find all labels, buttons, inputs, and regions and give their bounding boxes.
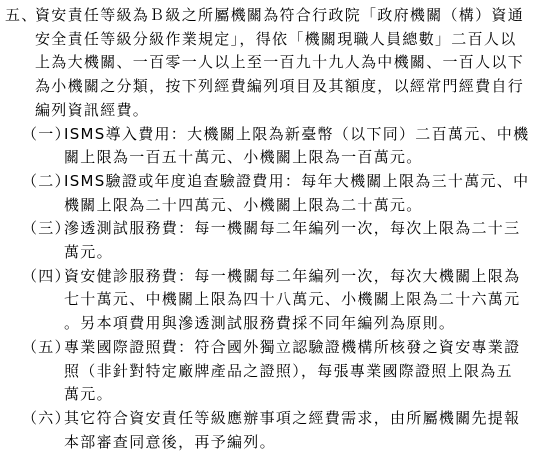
item-line: 資安健診服務費：每一機關每二年編列一次，每次大機關上限為 [64, 265, 520, 289]
item-line: ISMS導入費用：大機關上限為新臺幣（以下同）二百萬元、中機 [64, 123, 529, 147]
item-line: 本部審查同意後，再予編列。 [64, 431, 276, 455]
item-line: 萬元。 [64, 383, 113, 407]
item-line: 其它符合資安責任等級應辦事項之經費需求，由所屬機關先提報 [64, 407, 520, 431]
item-line: 萬元。 [64, 241, 113, 265]
item-line: 七十萬元、中機關上限為四十八萬元、小機關上限為二十六萬元 [64, 288, 520, 312]
section-line: 為小機關之分類，按下列經費編列項目及其額度，以經常門經費自行 [35, 75, 524, 99]
item-line: 照（非針對特定廠牌產品之證照），每張專業國際證照上限為五 [64, 360, 513, 384]
item-line: 。另本項費用與滲透測試服務費採不同年編列為原則。 [64, 312, 455, 336]
item-line: ISMS驗證或年度追查驗證費用：每年大機關上限為三十萬元、中 [64, 170, 529, 194]
item-line: 專業國際證照費：符合國外獨立認驗證機構所核發之資安專業證 [64, 336, 520, 360]
section-line: 安全責任等級分級作業規定」，得依「機關現職人員總數」二百人以 [35, 28, 517, 52]
item-line: 滲透測試服務費：每一機關每二年編列一次，每次上限為二十三 [64, 217, 520, 241]
section-line: 資安責任等級為Ｂ級之所屬機關為符合行政院「政府機關（構）資通 [35, 4, 524, 28]
item-line: 機關上限為二十四萬元、小機關上限為二十萬元。 [64, 194, 423, 218]
section-line: 編列資訊經費。 [35, 99, 149, 123]
section-line: 上為大機關、一百零一人以上至一百九十九人為中機關、一百人以下 [35, 51, 524, 75]
item-line: 關上限為一百五十萬元、小機關上限為一百萬元。 [64, 146, 423, 170]
section-marker: 五、 [5, 4, 38, 28]
